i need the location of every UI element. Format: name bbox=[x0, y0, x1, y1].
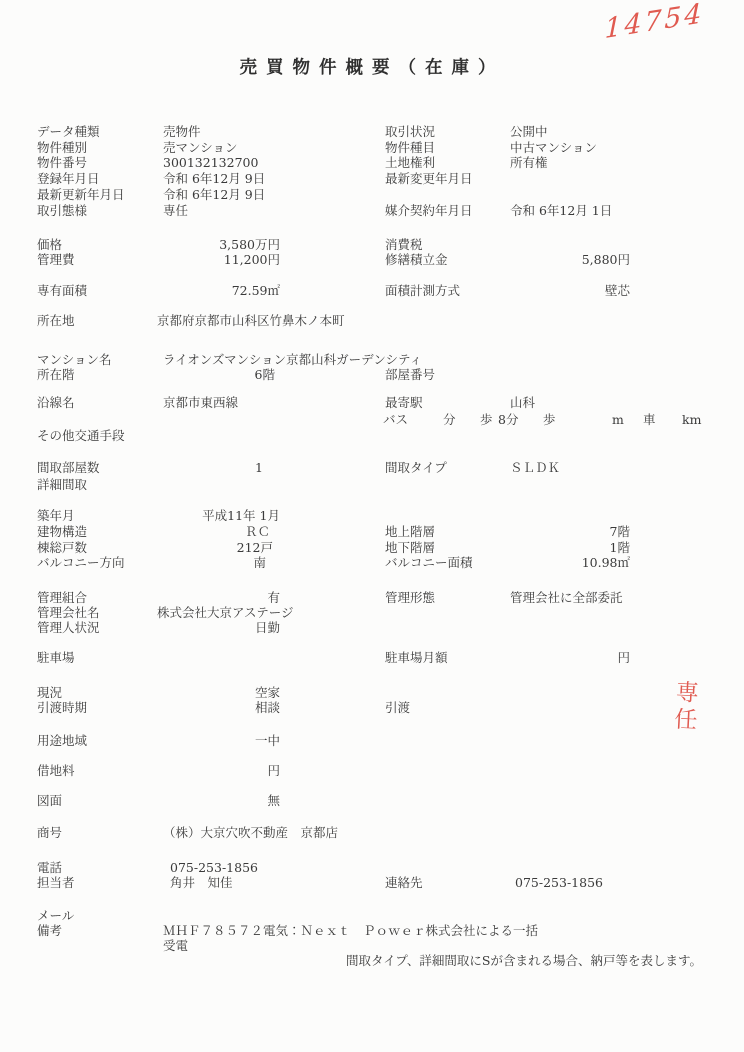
phone-value: 075-253-1856 bbox=[170, 860, 258, 876]
parking-monthly-label: 駐車場月額 bbox=[385, 650, 448, 666]
transaction-type-label: 取引態様 bbox=[37, 203, 87, 219]
structure-label: 建物構造 bbox=[37, 524, 87, 540]
field-row: 借地料 円 bbox=[0, 763, 744, 779]
handwritten-number: 14754 bbox=[604, 0, 704, 45]
transaction-status-label: 取引状況 bbox=[385, 124, 435, 140]
field-row: 駐車場 駐車場月額 円 bbox=[0, 650, 744, 666]
field-row: 備考 ＭＨＦ７８５７２電気：Ｎｅｘｔ Ｐｏｗｅｒ株式会社による一括 bbox=[0, 923, 744, 939]
location-label: 所在地 bbox=[37, 313, 75, 329]
zoning-value: 一中 bbox=[163, 733, 280, 749]
last-updated-date-label: 最新更新年月日 bbox=[37, 187, 125, 203]
total-units-value: 212戸 bbox=[163, 540, 273, 556]
balcony-area-value: 10.98㎡ bbox=[510, 555, 630, 571]
manager-status-value: 日勤 bbox=[163, 620, 280, 636]
transport-meter-unit: m bbox=[612, 412, 624, 428]
field-row: 管理会社名 株式会社大京アステージ bbox=[0, 605, 744, 621]
management-fee-label: 管理費 bbox=[37, 252, 75, 268]
page-title: 売買物件概要（在庫） bbox=[0, 54, 744, 79]
room-count-label: 間取部屋数 bbox=[37, 460, 100, 476]
management-assoc-label: 管理組合 bbox=[37, 590, 87, 606]
management-form-label: 管理形態 bbox=[385, 590, 435, 606]
field-row: 商号 （株）大京穴吹不動産 京都店 bbox=[0, 825, 744, 841]
field-row: 用途地域 一中 bbox=[0, 733, 744, 749]
property-number-label: 物件番号 bbox=[37, 155, 87, 171]
field-row: 専有面積 72.59㎡ 面積計測方式 壁芯 bbox=[0, 283, 744, 299]
current-status-value: 空家 bbox=[163, 685, 280, 701]
transport-bus-label: バス bbox=[383, 412, 408, 428]
field-row: 登録年月日 令和 6年12月 9日 最新変更年月日 bbox=[0, 171, 744, 187]
area-measurement-value: 壁芯 bbox=[510, 283, 630, 299]
handover-label: 引渡 bbox=[385, 700, 410, 716]
remarks-value-line1: ＭＨＦ７８５７２電気：Ｎｅｘｔ Ｐｏｗｅｒ株式会社による一括 bbox=[163, 923, 538, 939]
other-transport-label: その他交通手段 bbox=[37, 428, 125, 444]
parking-label: 駐車場 bbox=[37, 650, 75, 666]
management-company-value: 株式会社大京アステージ bbox=[157, 605, 294, 621]
built-date-label: 築年月 bbox=[37, 508, 75, 524]
field-row: 最新更新年月日 令和 6年12月 9日 bbox=[0, 187, 744, 203]
area-measurement-label: 面積計測方式 bbox=[385, 283, 460, 299]
layout-detail-label: 詳細間取 bbox=[37, 477, 87, 493]
floors-above-label: 地上階層 bbox=[385, 524, 435, 540]
room-count-value: 1 bbox=[163, 460, 263, 476]
property-summary-document: 14754 売買物件概要（在庫） データ種類 売物件 取引状況 公開中 物件種別… bbox=[0, 0, 744, 1052]
contact-person-label: 担当者 bbox=[37, 875, 75, 891]
company-name-label: 商号 bbox=[37, 825, 62, 841]
handover-timing-value: 相談 bbox=[163, 700, 280, 716]
consumption-tax-label: 消費税 bbox=[385, 237, 423, 253]
transport-car-label: 車 bbox=[643, 412, 656, 428]
price-value: 3,580万円 bbox=[163, 237, 280, 253]
field-row: 管理費 11,200円 修繕積立金 5,880円 bbox=[0, 252, 744, 268]
registered-date-label: 登録年月日 bbox=[37, 171, 100, 187]
property-category-value: 売マンション bbox=[163, 140, 280, 156]
registered-date-value: 令和 6年12月 9日 bbox=[163, 171, 265, 187]
balcony-direction-label: バルコニー方向 bbox=[37, 555, 125, 571]
field-row: マンション名 ライオンズマンション京都山科ガーデンシティ bbox=[0, 352, 744, 368]
field-row: 引渡時期 相談 引渡 bbox=[0, 700, 744, 716]
field-row: 担当者 角井 知佳 連絡先 075-253-1856 bbox=[0, 875, 744, 891]
field-row: 管理組合 有 管理形態 管理会社に全部委託 bbox=[0, 590, 744, 606]
field-row: データ種類 売物件 取引状況 公開中 bbox=[0, 124, 744, 140]
transaction-status-value: 公開中 bbox=[510, 124, 630, 140]
current-status-label: 現況 bbox=[37, 685, 62, 701]
field-row: 所在地 京都府京都市山科区竹鼻木ノ本町 bbox=[0, 313, 744, 329]
contact-person-value: 角井 知佳 bbox=[170, 875, 233, 891]
field-row: 物件番号 300132132700 土地権利 所有権 bbox=[0, 155, 744, 171]
transport-detail-row: バス 分 歩 8分 歩 m 車 km bbox=[0, 412, 744, 428]
field-row: 所在階 6階 部屋番号 bbox=[0, 367, 744, 383]
contact-number-value: 075-253-1856 bbox=[515, 875, 635, 891]
total-units-label: 棟総戸数 bbox=[37, 540, 87, 556]
management-company-label: 管理会社名 bbox=[37, 605, 100, 621]
field-row: 棟総戸数 212戸 地下階層 1階 bbox=[0, 540, 744, 556]
field-row: 築年月 平成11年 1月 bbox=[0, 508, 744, 524]
field-row: 電話 075-253-1856 bbox=[0, 860, 744, 876]
handover-timing-label: 引渡時期 bbox=[37, 700, 87, 716]
last-modified-date-label: 最新変更年月日 bbox=[385, 171, 473, 187]
field-row: バルコニー方向 南 バルコニー面積 10.98㎡ bbox=[0, 555, 744, 571]
exclusive-area-label: 専有面積 bbox=[37, 283, 87, 299]
floors-below-label: 地下階層 bbox=[385, 540, 435, 556]
floor-located-value: 6階 bbox=[163, 367, 275, 383]
rail-line-label: 沿線名 bbox=[37, 395, 75, 411]
layout-type-label: 間取タイプ bbox=[385, 460, 447, 476]
location-value: 京都府京都市山科区竹鼻木ノ本町 bbox=[157, 313, 345, 329]
rail-line-value: 京都市東西線 bbox=[163, 395, 238, 411]
floor-located-label: 所在階 bbox=[37, 367, 75, 383]
manager-status-label: 管理人状況 bbox=[37, 620, 100, 636]
structure-value: ＲＣ bbox=[163, 524, 270, 540]
property-category-label: 物件種別 bbox=[37, 140, 87, 156]
layout-type-value: ＳＬＤＫ bbox=[510, 460, 630, 476]
transport-bus-minutes-unit: 分 bbox=[443, 412, 456, 428]
footer-note: 間取タイプ、詳細間取にSが含まれる場合、納戸等を表します。 bbox=[346, 951, 702, 969]
property-kind-value: 中古マンション bbox=[510, 140, 630, 156]
transaction-type-value: 専任 bbox=[163, 203, 280, 219]
transport-km-unit: km bbox=[682, 412, 701, 428]
contact-number-label: 連絡先 bbox=[385, 875, 423, 891]
property-number-value: 300132132700 bbox=[163, 155, 280, 171]
land-rights-label: 土地権利 bbox=[385, 155, 435, 171]
remarks-label: 備考 bbox=[37, 923, 62, 939]
management-form-value: 管理会社に全部委託 bbox=[510, 590, 623, 606]
field-row: 管理人状況 日勤 bbox=[0, 620, 744, 636]
field-row: 現況 空家 bbox=[0, 685, 744, 701]
field-row: 詳細間取 bbox=[0, 477, 744, 493]
repair-reserve-label: 修繕積立金 bbox=[385, 252, 448, 268]
remarks-value-line2: 受電 bbox=[163, 938, 188, 954]
land-lease-fee-label: 借地料 bbox=[37, 763, 75, 779]
management-fee-value: 11,200円 bbox=[163, 252, 280, 268]
balcony-direction-value: 南 bbox=[163, 555, 266, 571]
field-row: 沿線名 京都市東西線 最寄駅 山科 bbox=[0, 395, 744, 411]
land-lease-fee-value: 円 bbox=[163, 763, 280, 779]
floors-below-value: 1階 bbox=[510, 540, 630, 556]
repair-reserve-value: 5,880円 bbox=[510, 252, 630, 268]
agreement-date-label: 媒介契約年月日 bbox=[385, 203, 473, 219]
field-row: 図面 無 bbox=[0, 793, 744, 809]
transport-walk-label: 歩 bbox=[480, 412, 493, 428]
room-number-label: 部屋番号 bbox=[385, 367, 435, 383]
land-rights-value: 所有権 bbox=[510, 155, 630, 171]
built-date-value: 平成11年 1月 bbox=[163, 508, 280, 524]
field-row: 価格 3,580万円 消費税 bbox=[0, 237, 744, 253]
email-label: メール bbox=[37, 908, 74, 924]
field-row: 建物構造 ＲＣ 地上階層 7階 bbox=[0, 524, 744, 540]
field-row: 物件種別 売マンション 物件種目 中古マンション bbox=[0, 140, 744, 156]
nearest-station-label: 最寄駅 bbox=[385, 395, 423, 411]
zoning-label: 用途地域 bbox=[37, 733, 87, 749]
field-row: 取引態様 専任 媒介契約年月日 令和 6年12月 1日 bbox=[0, 203, 744, 219]
building-name-label: マンション名 bbox=[37, 352, 111, 368]
phone-label: 電話 bbox=[37, 860, 62, 876]
agreement-date-value: 令和 6年12月 1日 bbox=[510, 203, 612, 219]
last-updated-date-value: 令和 6年12月 9日 bbox=[163, 187, 265, 203]
nearest-station-value: 山科 bbox=[510, 395, 630, 411]
exclusive-area-value: 72.59㎡ bbox=[163, 283, 280, 299]
management-assoc-value: 有 bbox=[163, 590, 280, 606]
parking-monthly-value: 円 bbox=[510, 650, 630, 666]
property-kind-label: 物件種目 bbox=[385, 140, 435, 156]
handwritten-stamp: 専任 bbox=[667, 679, 703, 735]
building-name-value: ライオンズマンション京都山科ガーデンシティ bbox=[163, 352, 422, 368]
data-type-value: 売物件 bbox=[163, 124, 280, 140]
field-row: メール bbox=[0, 908, 744, 924]
transport-walk2-label: 歩 bbox=[543, 412, 556, 428]
drawing-value: 無 bbox=[163, 793, 280, 809]
balcony-area-label: バルコニー面積 bbox=[385, 555, 473, 571]
price-label: 価格 bbox=[37, 237, 62, 253]
company-name-value: （株）大京穴吹不動産 京都店 bbox=[163, 825, 338, 841]
transport-walk-minutes: 8分 bbox=[498, 412, 518, 428]
data-type-label: データ種類 bbox=[37, 124, 100, 140]
floors-above-value: 7階 bbox=[510, 524, 630, 540]
drawing-label: 図面 bbox=[37, 793, 62, 809]
field-row: その他交通手段 bbox=[0, 428, 744, 444]
field-row: 間取部屋数 1 間取タイプ ＳＬＤＫ bbox=[0, 460, 744, 476]
